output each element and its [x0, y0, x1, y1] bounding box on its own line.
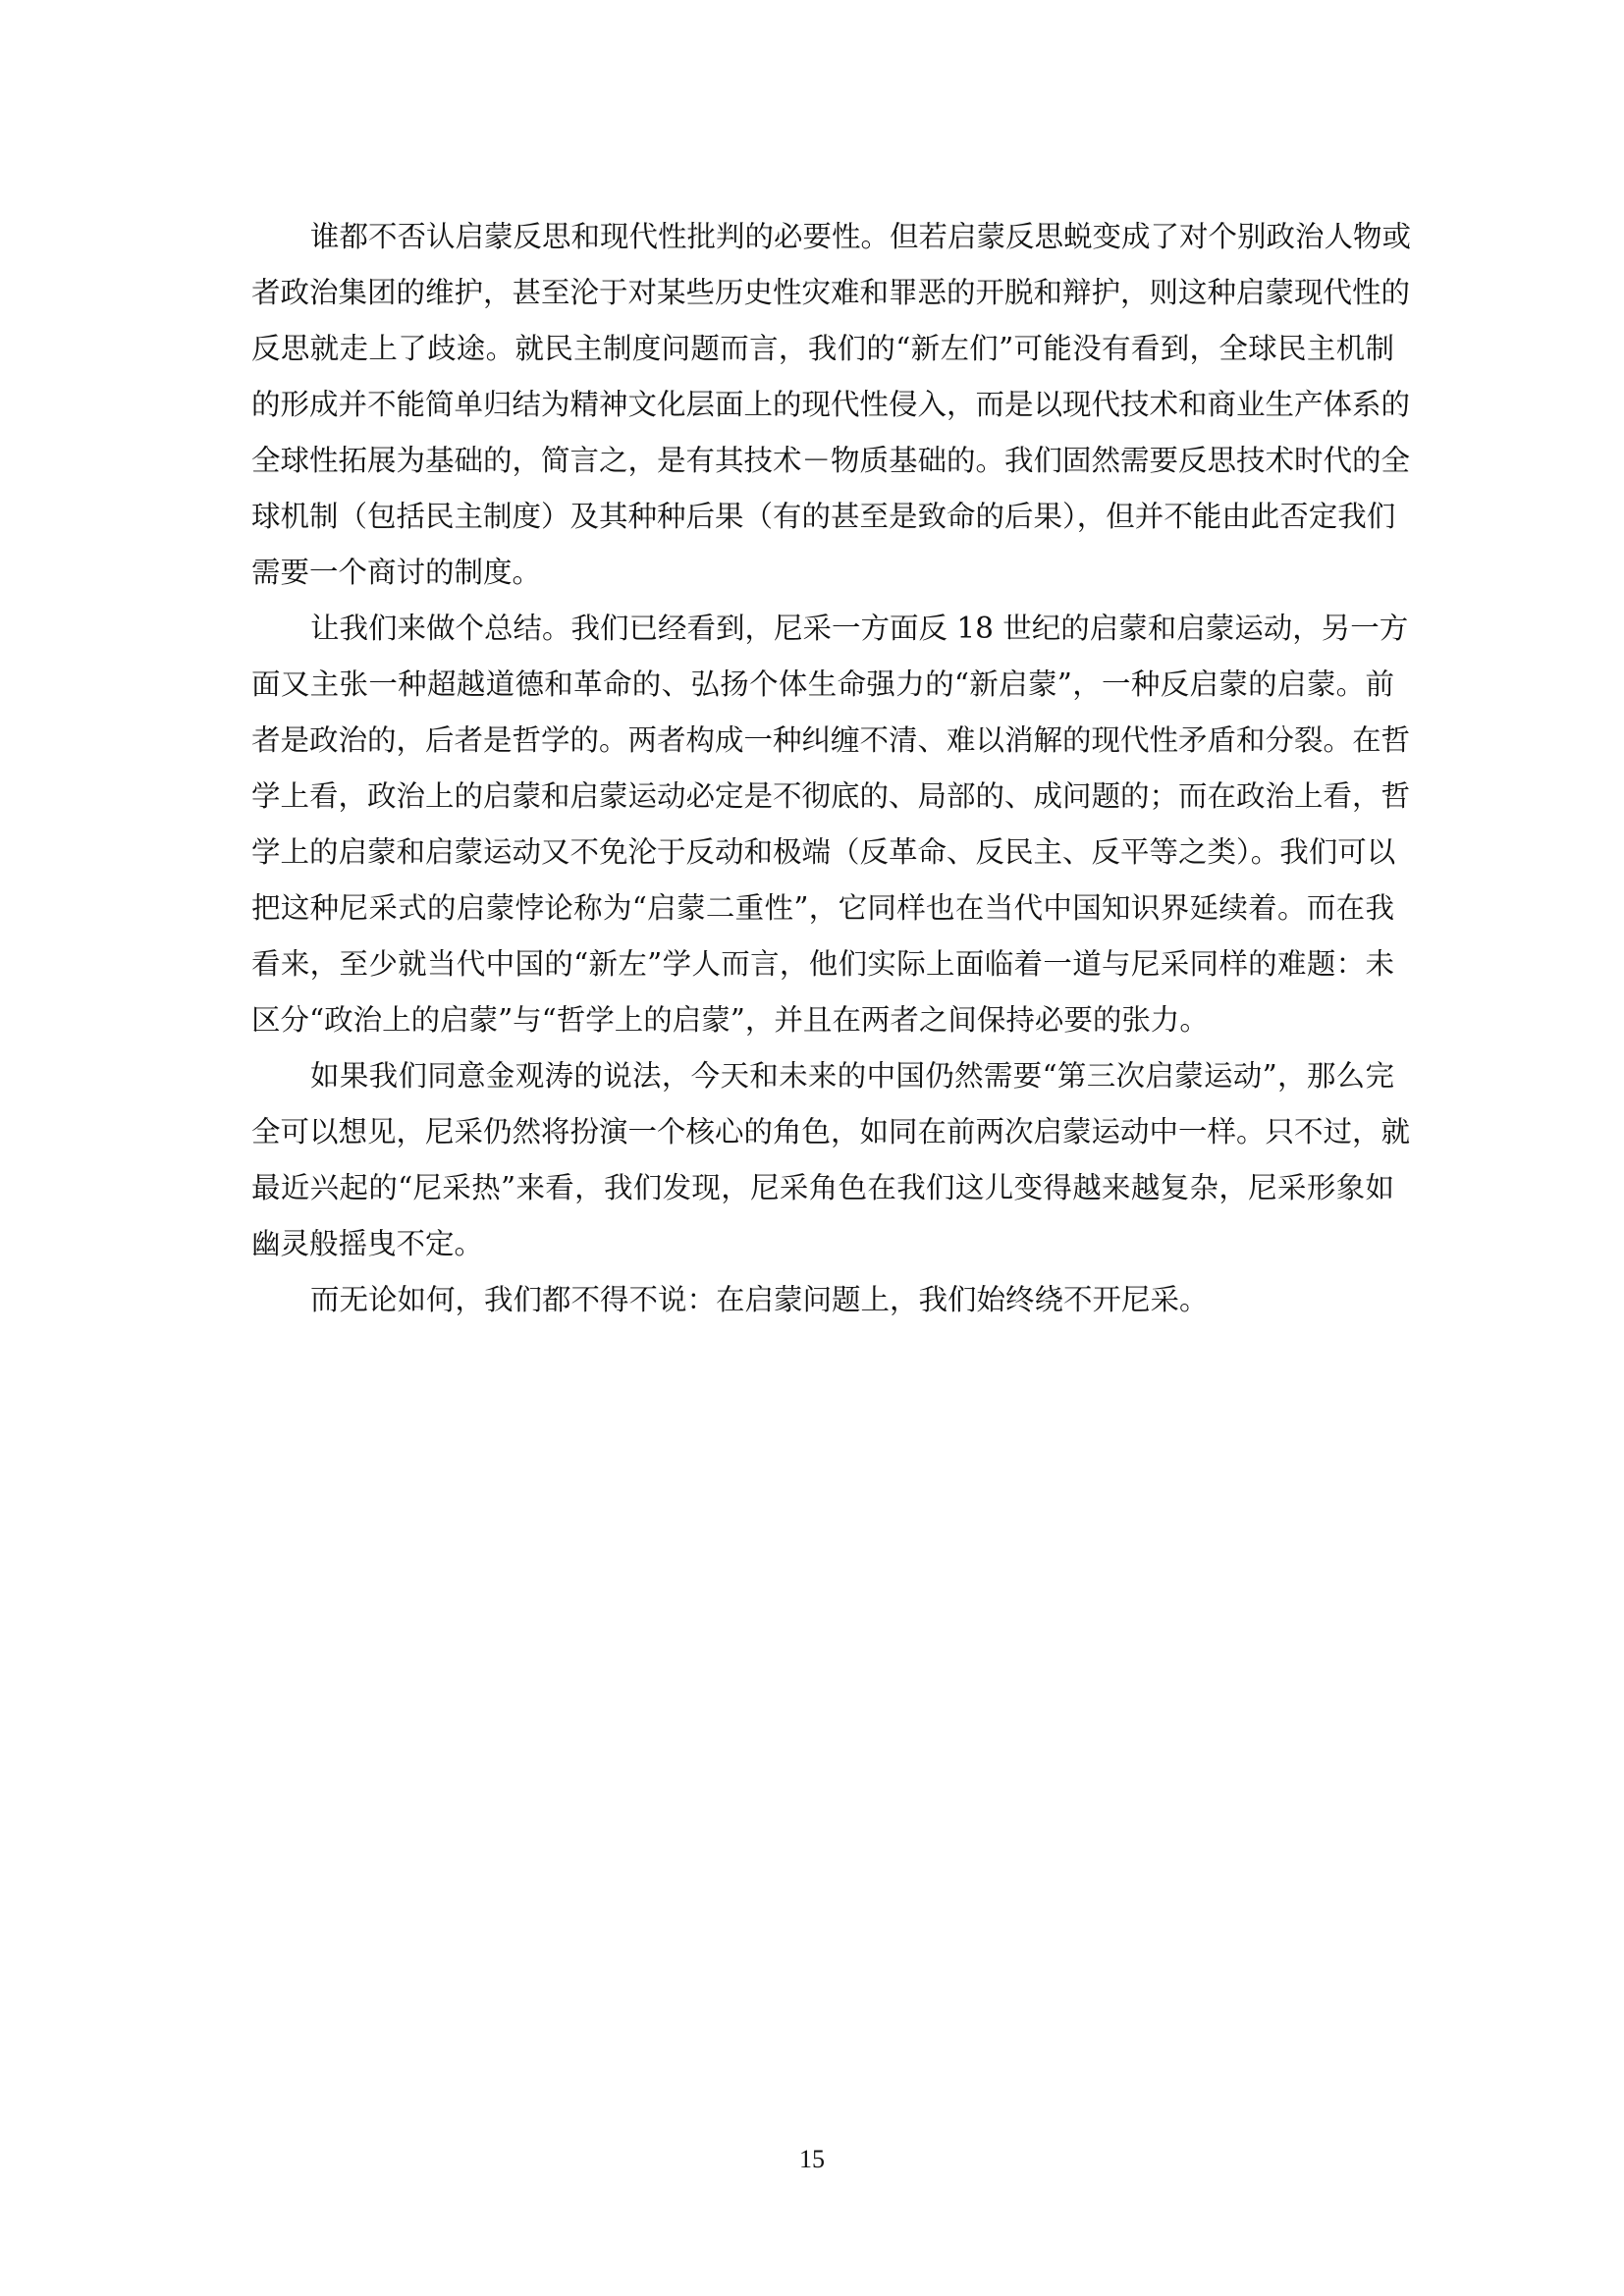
text-line: 让我们来做个总结。我们已经看到，尼采一方面反 18 世纪的启蒙和启蒙运动，另一方: [251, 601, 1394, 657]
text-line: 者政治集团的维护，甚至沦于对某些历史性灾难和罪恶的开脱和辩护，则这种启蒙现代性的: [251, 265, 1394, 321]
text-line: 如果我们同意金观涛的说法，今天和未来的中国仍然需要“第三次启蒙运动”，那么完: [251, 1048, 1394, 1104]
text-line: 全可以想见，尼采仍然将扮演一个核心的角色，如同在前两次启蒙运动中一样。只不过，就: [251, 1104, 1394, 1160]
paragraph-1: 谁都不否认启蒙反思和现代性批判的必要性。但若启蒙反思蜕变成了对个别政治人物或 者…: [251, 209, 1394, 601]
text-line: 全球性拓展为基础的，简言之，是有其技术－物质基础的。我们固然需要反思技术时代的全: [251, 433, 1394, 489]
paragraph-2: 让我们来做个总结。我们已经看到，尼采一方面反 18 世纪的启蒙和启蒙运动，另一方…: [251, 601, 1394, 1048]
text-line: 球机制（包括民主制度）及其种种后果（有的甚至是致命的后果），但并不能由此否定我们: [251, 489, 1394, 545]
text-line: 把这种尼采式的启蒙悖论称为“启蒙二重性”，它同样也在当代中国知识界延续着。而在我: [251, 881, 1394, 936]
text-line: 而无论如何，我们都不得不说：在启蒙问题上，我们始终绕不开尼采。: [251, 1272, 1394, 1328]
text-line: 学上看，政治上的启蒙和启蒙运动必定是不彻底的、局部的、成问题的；而在政治上看，哲: [251, 769, 1394, 825]
text-line: 者是政治的，后者是哲学的。两者构成一种纠缠不清、难以消解的现代性矛盾和分裂。在哲: [251, 713, 1394, 769]
text-line: 区分“政治上的启蒙”与“哲学上的启蒙”，并且在两者之间保持必要的张力。: [251, 992, 1394, 1048]
paragraph-4: 而无论如何，我们都不得不说：在启蒙问题上，我们始终绕不开尼采。: [251, 1272, 1394, 1328]
page-number: 15: [0, 2144, 1624, 2175]
text-line: 学上的启蒙和启蒙运动又不免沦于反动和极端（反革命、反民主、反平等之类）。我们可以: [251, 825, 1394, 881]
text-line: 面又主张一种超越道德和革命的、弘扬个体生命强力的“新启蒙”，一种反启蒙的启蒙。前: [251, 657, 1394, 713]
text-line: 反思就走上了歧途。就民主制度问题而言，我们的“新左们”可能没有看到，全球民主机制: [251, 321, 1394, 377]
text-line: 需要一个商讨的制度。: [251, 545, 1394, 601]
text-line: 看来，至少就当代中国的“新左”学人而言，他们实际上面临着一道与尼采同样的难题：未: [251, 936, 1394, 992]
text-line: 幽灵般摇曳不定。: [251, 1216, 1394, 1272]
paragraph-3: 如果我们同意金观涛的说法，今天和未来的中国仍然需要“第三次启蒙运动”，那么完 全…: [251, 1048, 1394, 1272]
text-line: 谁都不否认启蒙反思和现代性批判的必要性。但若启蒙反思蜕变成了对个别政治人物或: [251, 209, 1394, 265]
text-line: 的形成并不能简单归结为精神文化层面上的现代性侵入，而是以现代技术和商业生产体系的: [251, 377, 1394, 433]
text-line: 最近兴起的“尼采热”来看，我们发现，尼采角色在我们这儿变得越来越复杂，尼采形象如: [251, 1160, 1394, 1216]
page-body: 谁都不否认启蒙反思和现代性批判的必要性。但若启蒙反思蜕变成了对个别政治人物或 者…: [251, 209, 1394, 1328]
